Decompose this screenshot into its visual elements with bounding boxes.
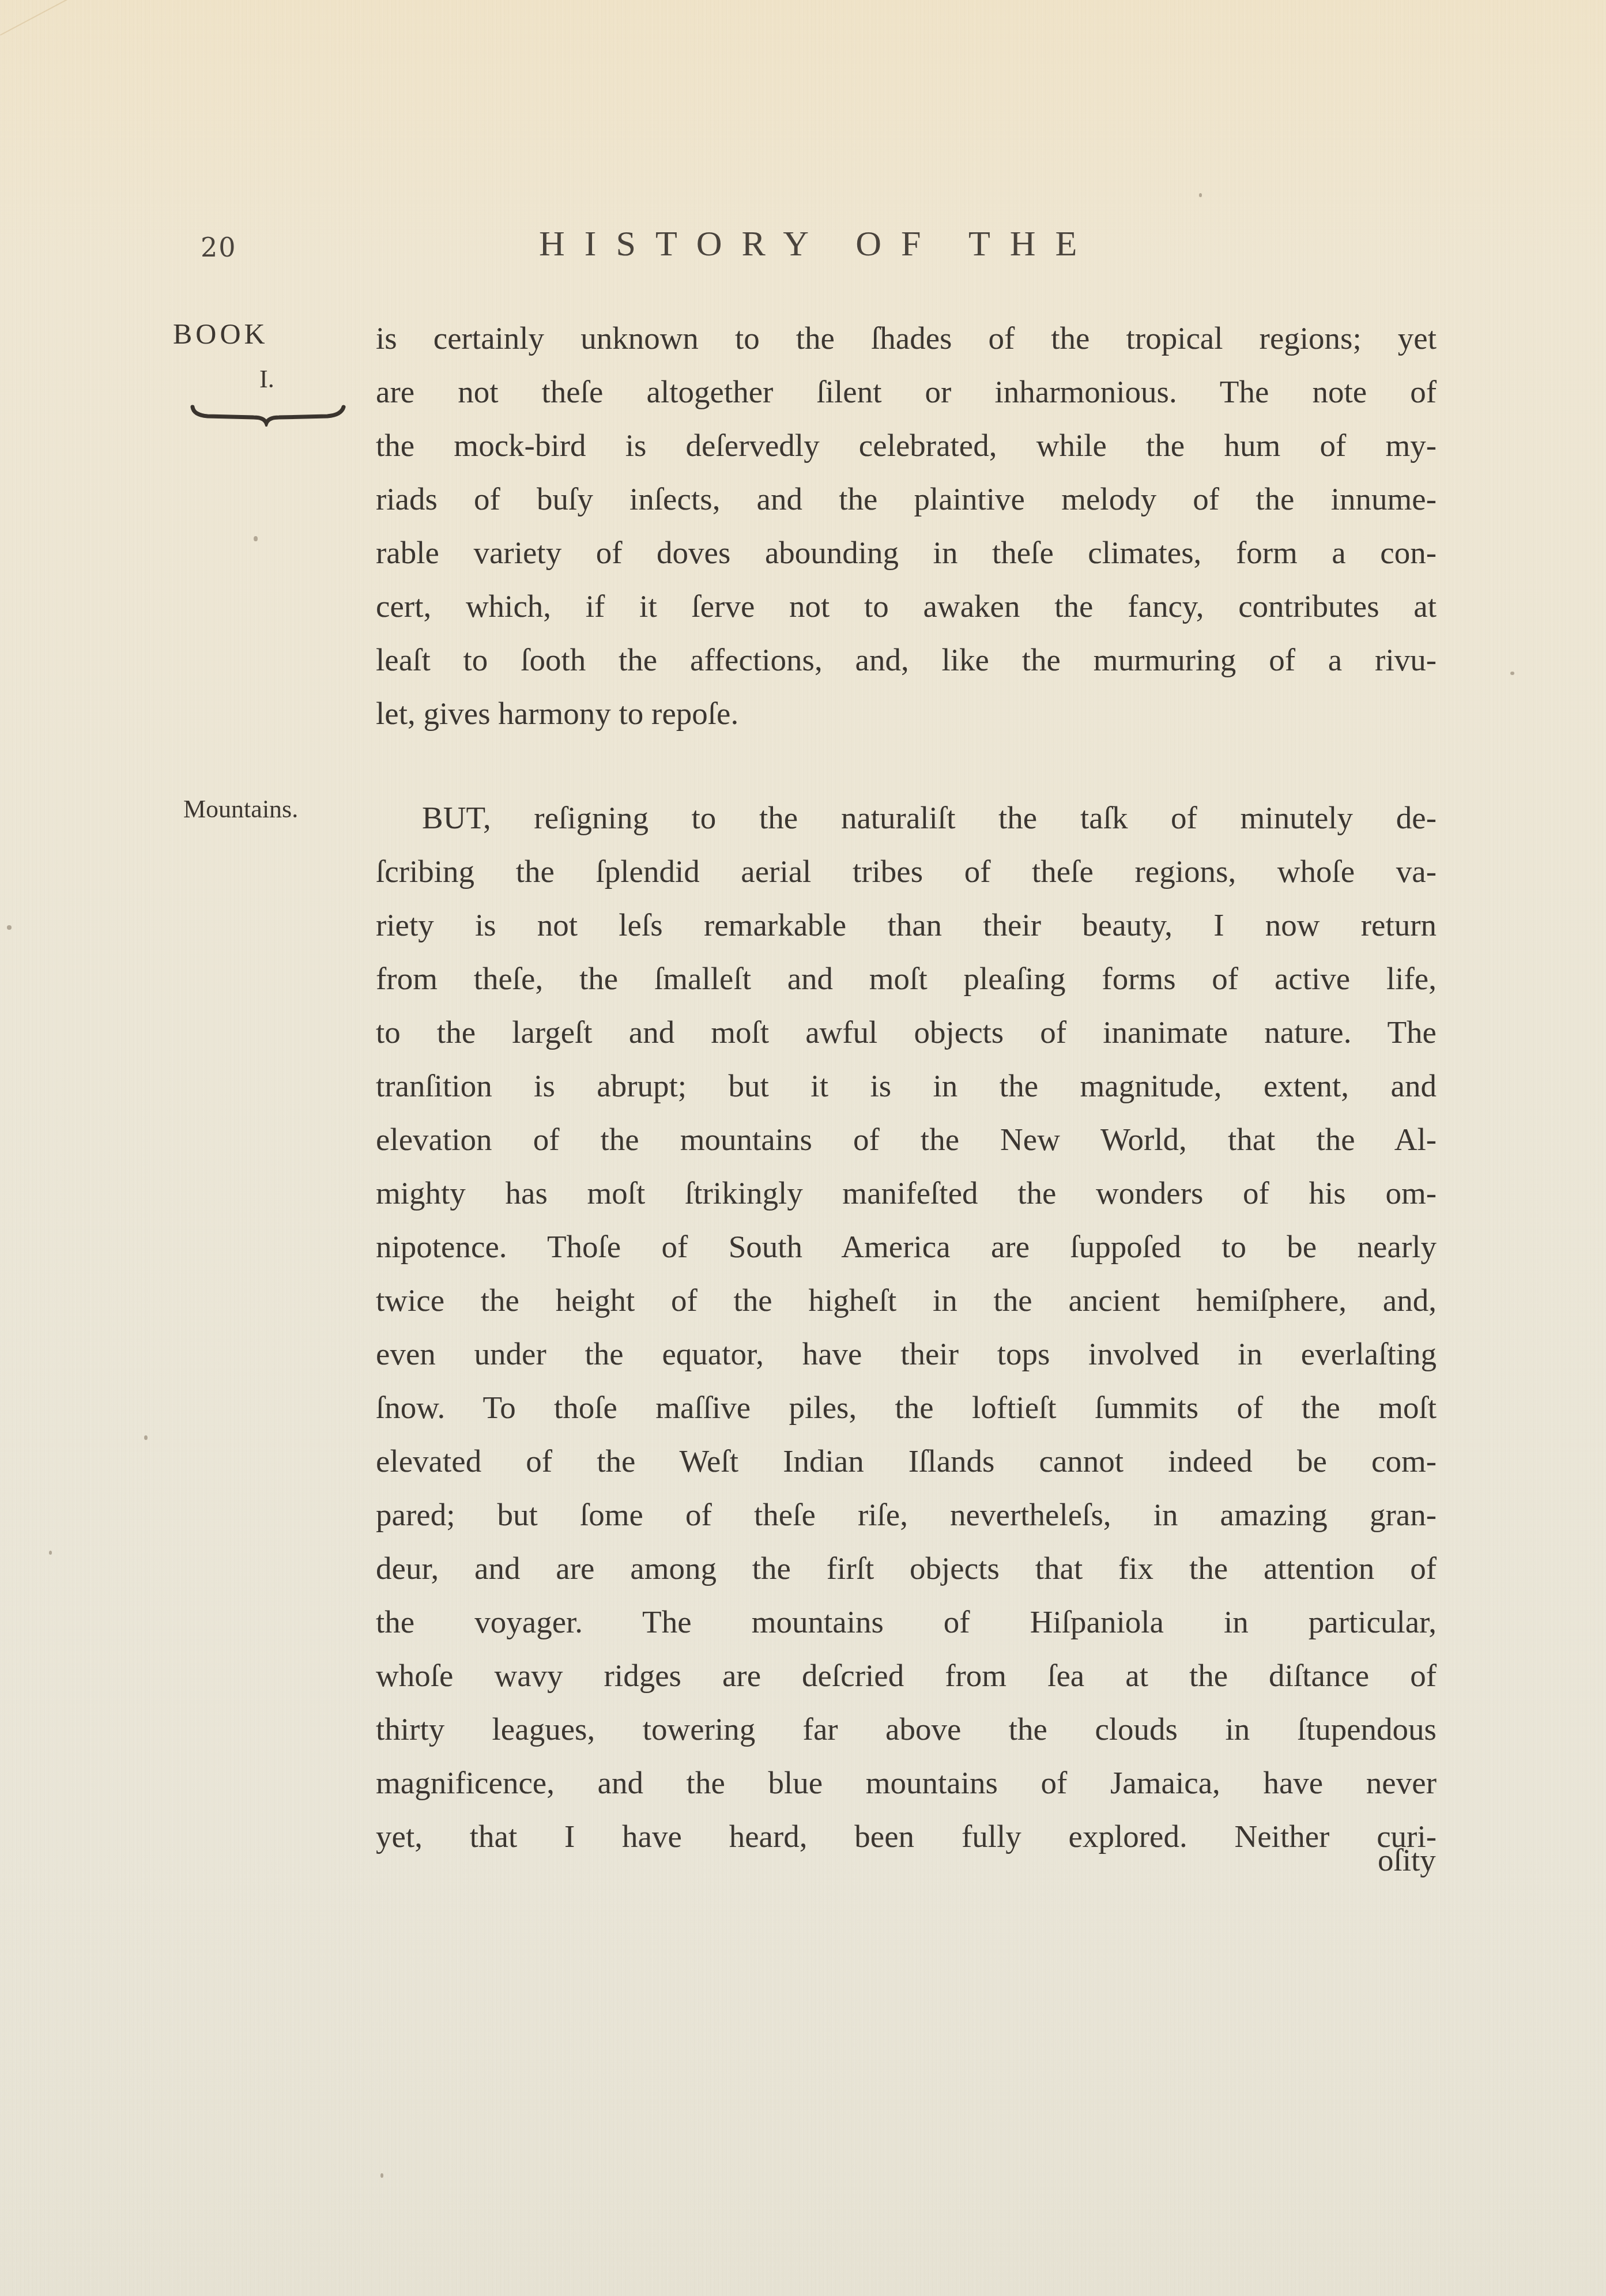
text-line: let, gives harmony to repoſe. [376,687,1437,740]
text-line: tranſition is abrupt; but it is in the m… [376,1059,1437,1113]
book-number: I. [259,364,274,394]
paper-speck [1199,193,1202,197]
text-line: to the largeſt and moſt awful objects of… [376,1005,1437,1059]
catchword: oſity [1378,1842,1436,1878]
paper-speck [254,536,258,541]
text-line: magnificence, and the blue mountains of … [376,1756,1437,1809]
text-line: nipotence. Thoſe of South America are ſu… [376,1220,1437,1273]
text-line: BUT, reſigning to the naturaliſt the taſ… [422,791,1437,844]
text-line: from theſe, the ſmalleſt and moſt pleaſi… [376,952,1437,1005]
text-line: whoſe wavy ridges are deſcried from ſea … [376,1649,1437,1702]
paper-crease [0,0,214,36]
text-line: cert, which, if it ſerve not to awaken t… [376,579,1437,633]
paper-speck [49,1551,52,1555]
text-line: riety is not leſs remarkable than their … [376,898,1437,952]
side-note-mountains: Mountains. [183,794,298,824]
page-number: 20 [201,232,237,263]
book-label: BOOK [173,317,269,350]
text-line: deur, and are among the firſt objects th… [376,1541,1437,1595]
text-line: rable variety of doves abounding in theſ… [376,526,1437,579]
text-line: elevation of the mountains of the New Wo… [376,1113,1437,1166]
text-line: the mock-bird is deſervedly celebrated, … [376,419,1437,472]
text-line: riads of buſy inſects, and the plaintive… [376,472,1437,526]
text-line: even under the equator, have their tops … [376,1327,1437,1381]
curly-brace-icon [190,404,346,427]
text-line: is certainly unknown to the ſhades of th… [376,311,1437,365]
text-line: mighty has moſt ſtrikingly manifeſted th… [376,1166,1437,1220]
paper-speck [380,2173,383,2178]
text-line: pared; but ſome of theſe riſe, neverthel… [376,1488,1437,1541]
text-line: twice the height of the higheſt in the a… [376,1273,1437,1327]
paper-speck [144,1435,148,1440]
text-line: ſnow. To thoſe maſſive piles, the loftie… [376,1381,1437,1434]
text-line: elevated of the Weſt Indian Iſlands cann… [376,1434,1437,1488]
text-line: leaſt to ſooth the affections, and, like… [376,633,1437,687]
text-line: the voyager. The mountains of Hiſpaniola… [376,1595,1437,1649]
text-line: ſcribing the ſplendid aerial tribes of t… [376,844,1437,898]
paper-speck [1510,672,1514,675]
text-line: are not theſe altogether ſilent or inhar… [376,365,1437,419]
text-line: yet, that I have heard, been fully explo… [376,1809,1437,1863]
text-line: thirty leagues, towering far above the c… [376,1702,1437,1756]
paper-speck [7,925,12,930]
running-head: 20 HISTORY OF THE [0,219,1606,277]
running-title: HISTORY OF THE [539,224,1097,265]
